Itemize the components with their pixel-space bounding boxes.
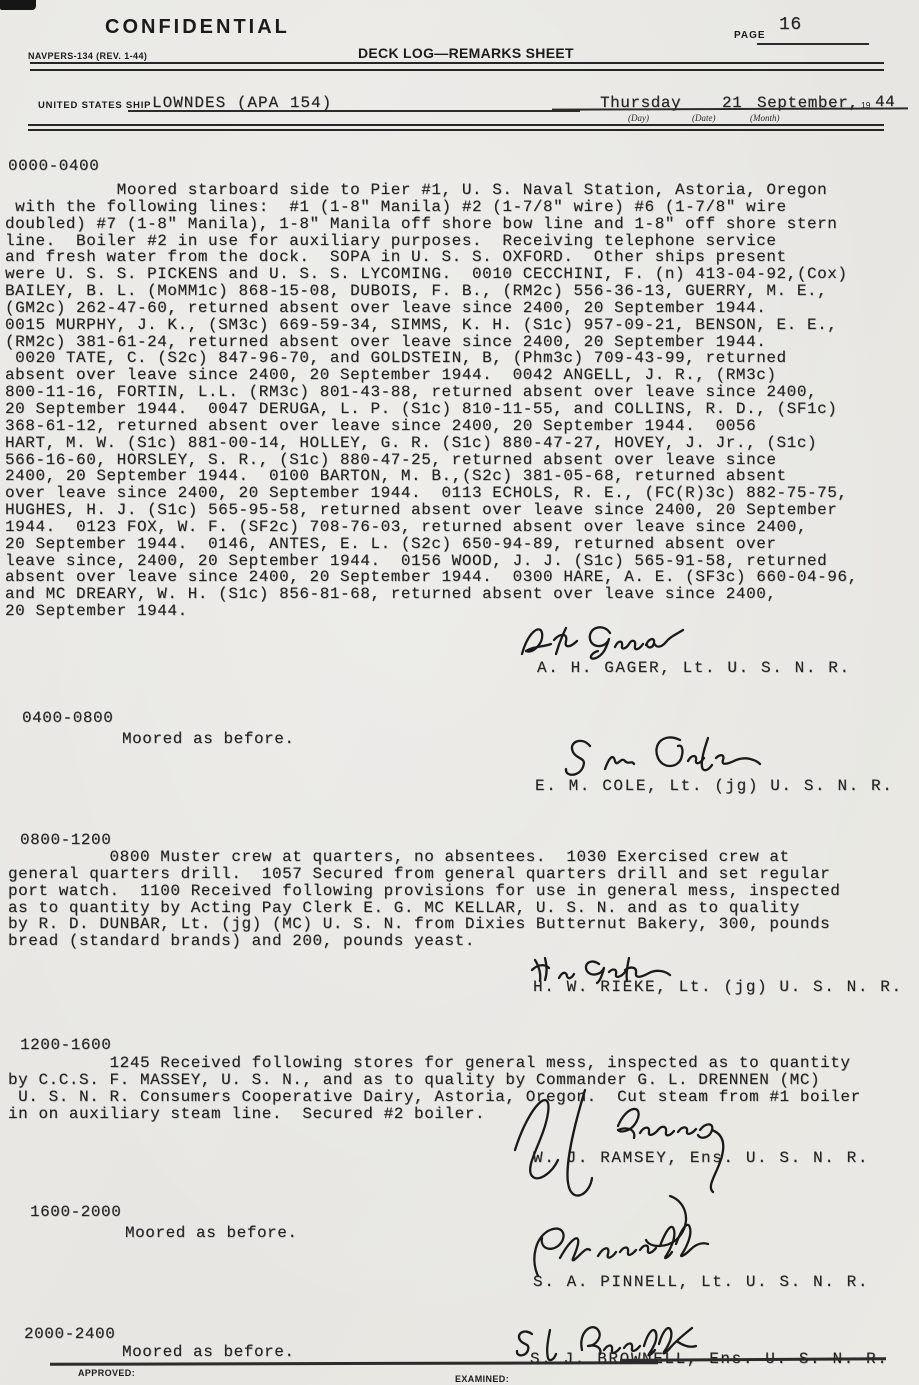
signature-typed-name: A. H. GAGER, Lt. U. S. N. R.: [537, 660, 851, 677]
deck-log-remarks-sheet: CONFIDENTIAL PAGE 16 NAVPERS-134 (REV. 1…: [0, 0, 919, 1385]
log-entry-text: Moored starboard side to Pier #1, U. S. …: [5, 182, 858, 620]
log-entry-text: Moored as before.: [122, 1344, 295, 1361]
watch-heading: 2000-2400: [24, 1326, 115, 1343]
classification-stamp: CONFIDENTIAL: [105, 16, 290, 39]
watch-heading: 1600-2000: [30, 1204, 121, 1221]
log-entry-text: 0800 Muster crew at quarters, no absente…: [8, 849, 840, 950]
examined-label: EXAMINED:: [455, 1374, 509, 1384]
subheader-double-rule: [28, 124, 884, 131]
signature-typed-name: H. W. RIEKE, Lt. (jg) U. S. N. R.: [533, 979, 903, 996]
log-entry-text: Moored as before.: [125, 1225, 298, 1242]
page-number-underline: [757, 43, 869, 45]
watch-heading: 1200-1600: [20, 1037, 111, 1054]
watch-heading: 0800-1200: [20, 832, 111, 849]
month-caption: (Month): [750, 113, 780, 123]
page-label: PAGE: [734, 30, 766, 41]
log-entry-text: Moored as before.: [122, 731, 295, 748]
approved-label: APPROVED:: [78, 1368, 135, 1378]
signature-typed-name: S. A. PINNELL, Lt. U. S. N. R.: [533, 1274, 869, 1291]
date-caption: (Date): [692, 113, 716, 123]
form-number: NAVPERS-134 (REV. 1-44): [28, 51, 147, 61]
watch-heading: 0400-0800: [22, 710, 113, 727]
signature-typed-name: E. M. COLE, Lt. (jg) U. S. N. R.: [535, 778, 893, 795]
ship-name-underline: [128, 110, 580, 112]
scan-corner-mark: [0, 0, 36, 10]
header-double-rule: [30, 62, 884, 71]
page-number: 16: [779, 17, 802, 34]
ramsey-signature-icon: [500, 1078, 750, 1203]
day-caption: (Day): [628, 113, 649, 123]
watch-heading: 0000-0400: [8, 158, 99, 175]
signature-typed-name: W. J. RAMSEY, Ens. U. S. N. R.: [533, 1150, 869, 1167]
form-title: DECK LOG—REMARKS SHEET: [358, 45, 574, 61]
